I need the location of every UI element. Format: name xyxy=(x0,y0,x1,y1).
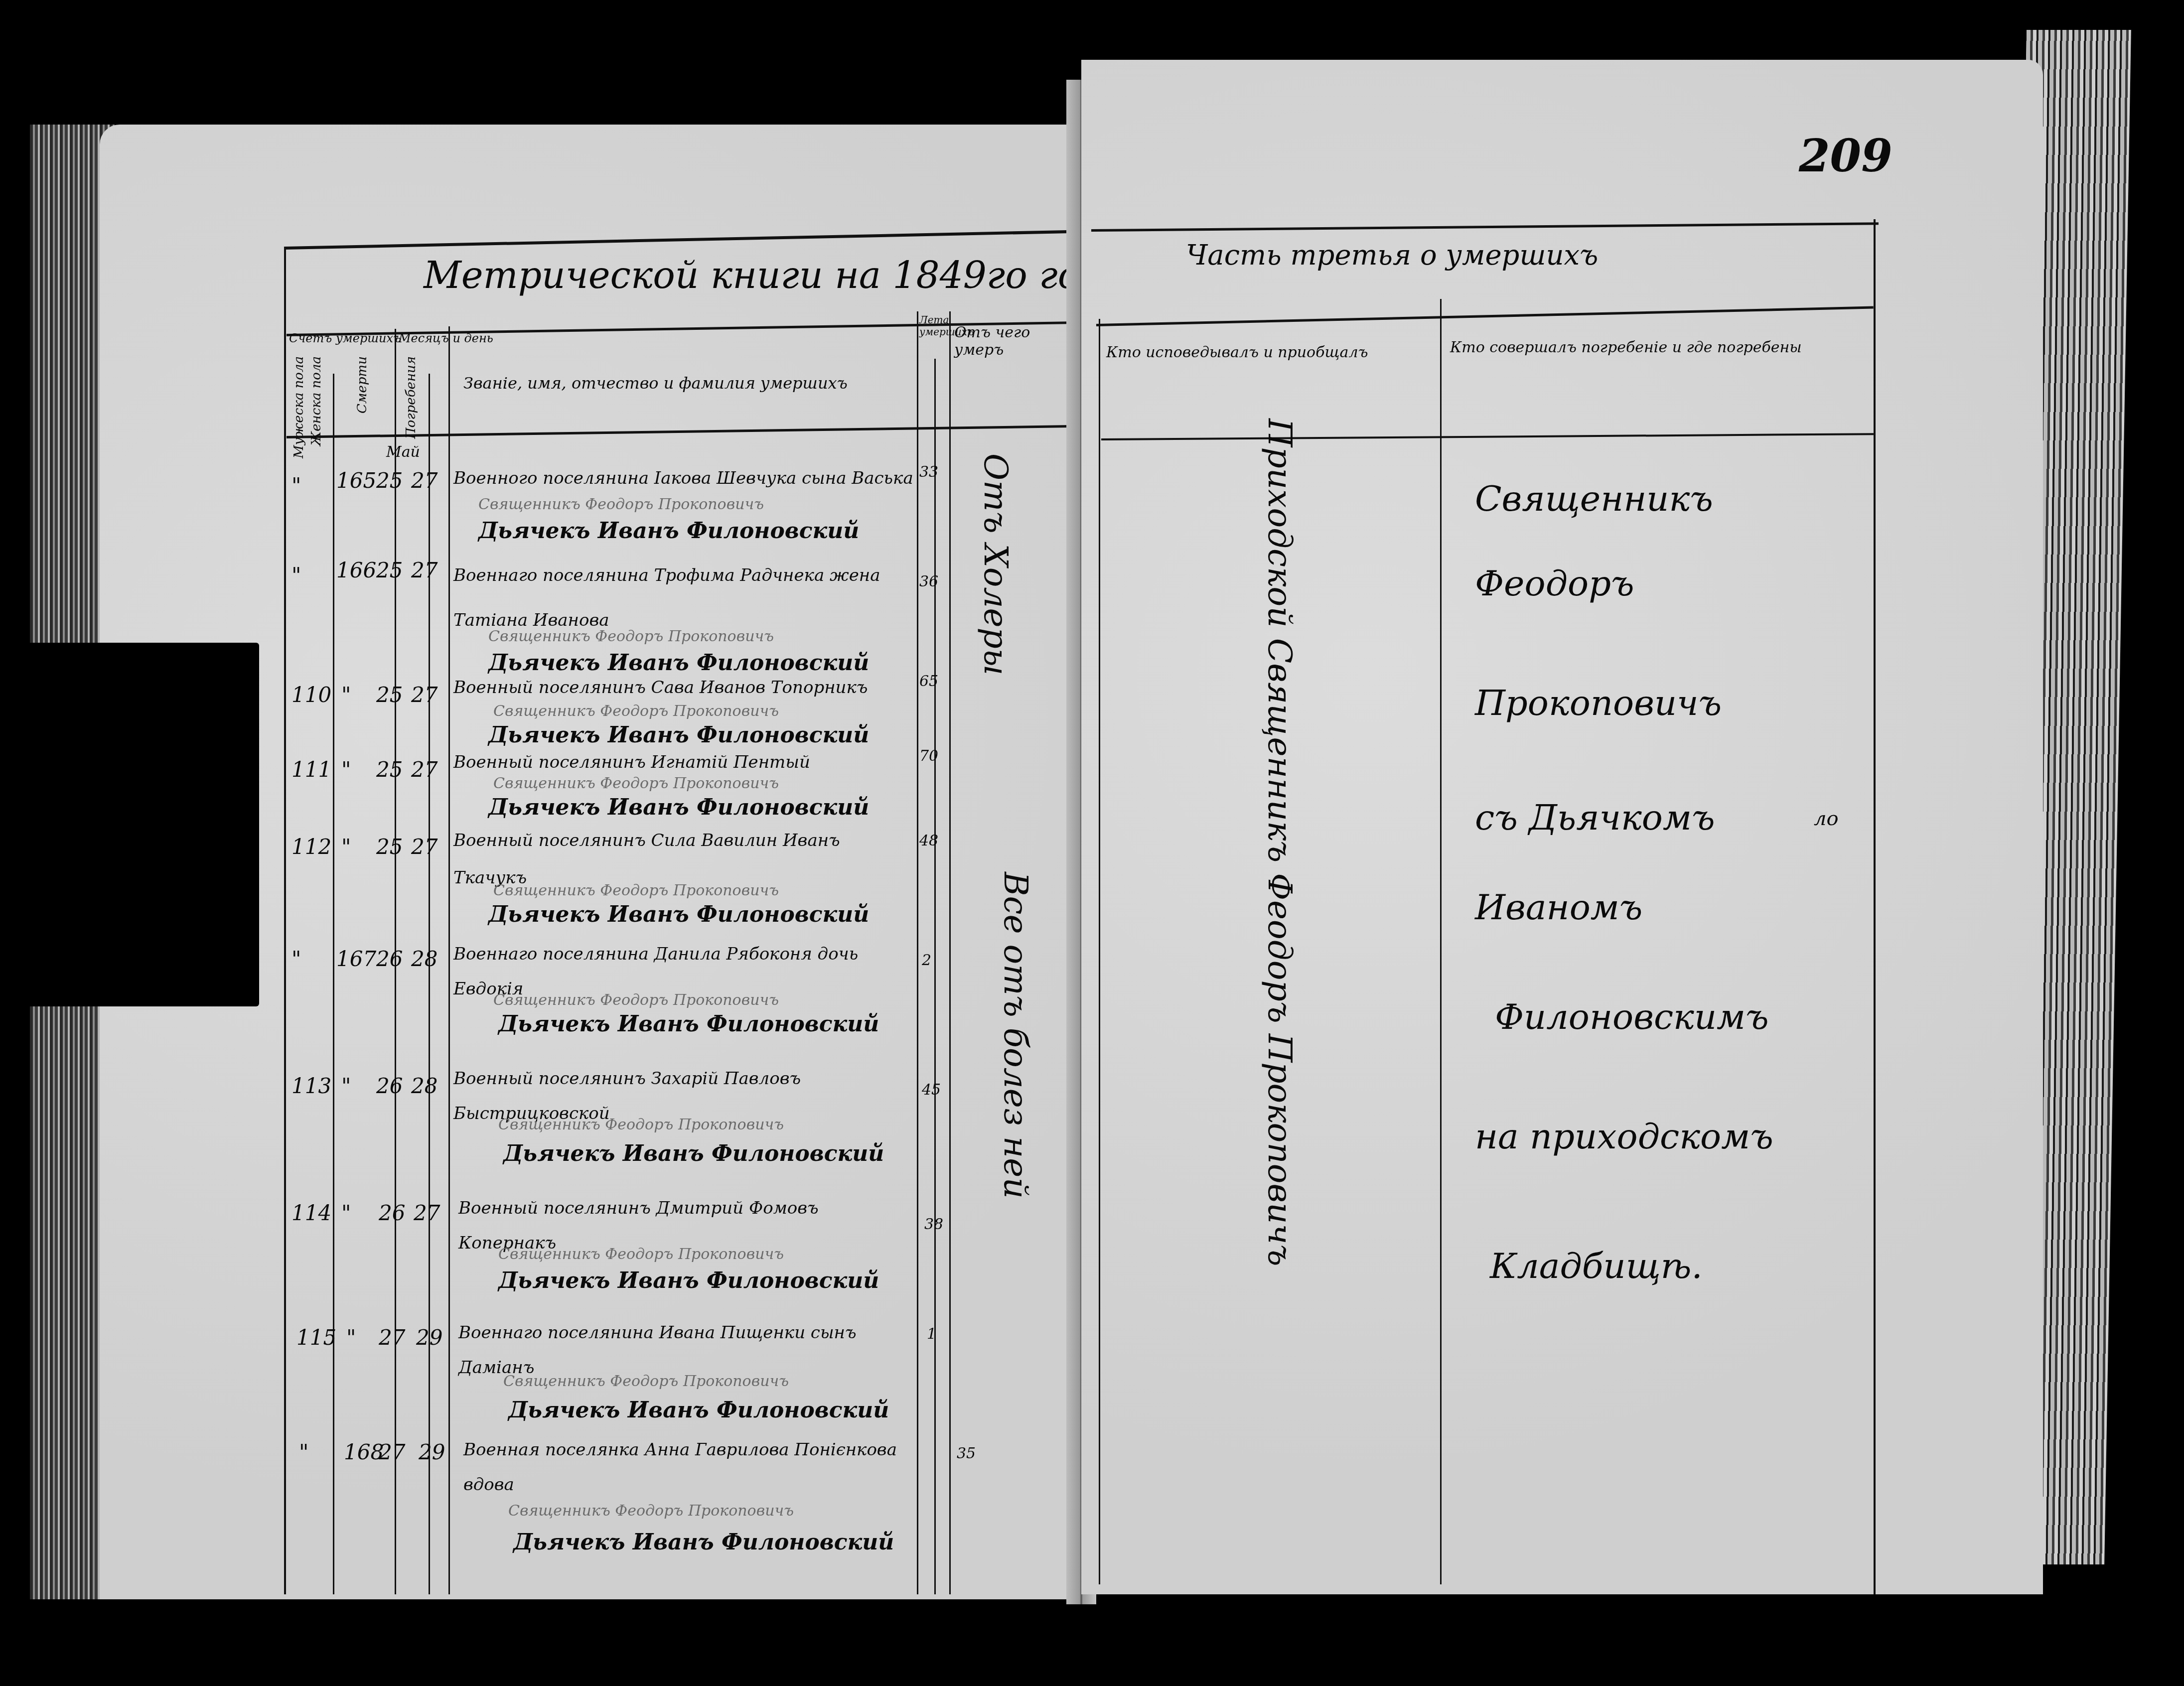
priest-signature: Священникъ Феодоръ Прокоповичъ xyxy=(488,628,774,645)
male-count: " xyxy=(291,563,301,587)
header-female: Женска пола xyxy=(309,356,324,446)
header-name: Званіе, имя, отчество и фамилия умершихъ xyxy=(463,374,848,393)
female-count: 166 xyxy=(336,558,376,582)
header-date: Месяцъ и день xyxy=(399,331,493,345)
male-count: " xyxy=(291,947,301,971)
death-day: 26 xyxy=(376,1074,403,1098)
male-count: 115 xyxy=(296,1325,336,1350)
death-day: 25 xyxy=(376,468,403,493)
cause-of-death-vertical: Отъ Холеры xyxy=(977,453,1015,675)
col-line-5 xyxy=(917,311,918,1594)
header-burial-officiant: Кто совершалъ погребеніе и где погребены xyxy=(1450,339,1802,356)
age: 33 xyxy=(919,463,938,481)
clerk-signature: Дьячекъ Иванъ Филоновский xyxy=(488,795,869,820)
priest-signature: Священникъ Феодоръ Прокоповичъ xyxy=(498,1116,784,1133)
page-number: 209 xyxy=(1799,130,1893,182)
burial-day: 27 xyxy=(411,558,437,582)
col-line-6 xyxy=(934,359,936,1594)
death-day: 25 xyxy=(376,683,403,707)
frame-top-line xyxy=(284,228,1181,250)
death-day: 26 xyxy=(379,1201,405,1225)
priest-signature: Священникъ Феодоръ Прокоповичъ xyxy=(498,1246,784,1263)
age: 2 xyxy=(922,952,931,969)
header-count: Счетъ умершихъ xyxy=(289,331,401,345)
clerk-signature: Дьячекъ Иванъ Филоновский xyxy=(478,518,859,544)
header-male: Мужеска пола xyxy=(291,356,306,458)
age: 70 xyxy=(919,747,938,765)
col-line-left xyxy=(1099,319,1100,1584)
clerk-signature: Дьячекъ Иванъ Филоновский xyxy=(513,1530,894,1555)
col-line-4 xyxy=(448,326,450,1594)
age: 65 xyxy=(919,673,938,690)
title-bottom-line xyxy=(1096,306,1874,326)
month-label: Май xyxy=(386,443,420,461)
right-page-title: Часть третья о умершихъ xyxy=(1186,239,1598,272)
burial-line: съ Дьячкомъ xyxy=(1475,797,1715,838)
header-bottom-line xyxy=(1101,433,1874,440)
burial-line: Священникъ xyxy=(1475,478,1713,519)
col-line-3 xyxy=(429,374,430,1594)
margin-mark: ло xyxy=(1814,807,1839,830)
burial-day: 28 xyxy=(411,947,437,971)
male-count: 113 xyxy=(291,1074,331,1098)
age: 1 xyxy=(927,1325,936,1343)
female-count: " xyxy=(341,1201,351,1225)
deceased-name: Военного поселянина Іакова Шевчука сына … xyxy=(453,468,913,488)
death-day: 25 xyxy=(376,558,403,582)
burial-day: 28 xyxy=(411,1074,437,1098)
age: 45 xyxy=(922,1081,941,1099)
clerk-signature: Дьячекъ Иванъ Филоновский xyxy=(488,902,869,927)
burial-day: 29 xyxy=(419,1440,445,1464)
header-burial: Погребения xyxy=(404,356,419,439)
clerk-signature: Дьячекъ Иванъ Филоновский xyxy=(498,1268,879,1293)
scan-background: Метрической книги на 1849го годъ Счетъ у… xyxy=(0,0,2184,1686)
female-count: " xyxy=(341,757,351,782)
frame-right-line xyxy=(1874,219,1876,1594)
female-count: " xyxy=(341,683,351,707)
left-page-title: Метрической книги на 1849го годъ xyxy=(424,254,1128,297)
burial-line: Филоновскимъ xyxy=(1495,996,1769,1037)
header-death: Смерти xyxy=(355,356,370,414)
burial-day: 29 xyxy=(416,1325,442,1350)
age: 35 xyxy=(957,1445,976,1462)
female-count: 165 xyxy=(336,468,376,493)
priest-signature: Священникъ Феодоръ Прокоповичъ xyxy=(478,496,764,513)
col-line-7 xyxy=(949,311,951,1594)
priest-signature: Священникъ Феодоръ Прокоповичъ xyxy=(493,991,779,1009)
frame-top-line xyxy=(1091,222,1879,232)
female-count: " xyxy=(341,835,351,859)
burial-day: 27 xyxy=(414,1201,440,1225)
burial-day: 27 xyxy=(411,835,437,859)
burial-line: на приходскомъ xyxy=(1475,1116,1773,1157)
frame-left-line xyxy=(284,249,286,1594)
female-count: 168 xyxy=(344,1440,384,1464)
clerk-signature: Дьячекъ Иванъ Филоновский xyxy=(508,1398,889,1423)
male-count: 110 xyxy=(291,683,331,707)
burial-day: 27 xyxy=(411,468,437,493)
female-count: " xyxy=(346,1325,356,1350)
header-bottom-line xyxy=(287,423,1178,438)
right-page: 209 Часть третья о умершихъ Кто исповеды… xyxy=(1081,60,2043,1594)
priest-signature: Священникъ Феодоръ Прокоповичъ xyxy=(493,702,779,720)
age: 36 xyxy=(919,573,938,590)
col-line-1 xyxy=(333,374,334,1594)
deceased-name: Военный поселянинъ Сава Иванов Топорникъ xyxy=(453,678,868,698)
male-count: 111 xyxy=(291,757,331,782)
confessor-vertical-text: Приходской Священникъ Феодоръ Прокопович… xyxy=(1261,419,1299,1266)
age: 38 xyxy=(924,1216,943,1233)
death-day: 25 xyxy=(376,757,403,782)
male-count: " xyxy=(291,473,301,498)
clerk-signature: Дьячекъ Иванъ Филоновский xyxy=(498,1011,879,1037)
male-count: 114 xyxy=(291,1201,331,1225)
male-count: " xyxy=(299,1440,308,1464)
header-cause: Отъ чего умеръ xyxy=(954,324,1074,359)
deceased-name: Военная поселянка Анна Гаврилова Понієнк… xyxy=(463,1432,912,1502)
death-day: 26 xyxy=(376,947,403,971)
male-count: 112 xyxy=(291,835,331,859)
burial-day: 27 xyxy=(411,757,437,782)
burial-line: Феодоръ xyxy=(1475,563,1634,604)
priest-signature: Священникъ Феодоръ Прокоповичъ xyxy=(508,1502,794,1520)
burial-day: 27 xyxy=(411,683,437,707)
col-line-mid xyxy=(1440,299,1442,1584)
book-clamp xyxy=(0,643,259,1006)
clerk-signature: Дьячекъ Иванъ Филоновский xyxy=(488,650,869,676)
death-day: 27 xyxy=(379,1325,405,1350)
female-count: " xyxy=(341,1074,351,1098)
header-age: Лета умершихъ xyxy=(919,314,949,338)
cause-of-death-vertical-2: Все отъ болез ней xyxy=(997,872,1035,1199)
age: 48 xyxy=(919,832,938,849)
female-count: 167 xyxy=(336,947,376,971)
priest-signature: Священникъ Феодоръ Прокоповичъ xyxy=(493,882,779,899)
burial-line: Кладбищѣ. xyxy=(1490,1246,1703,1286)
clerk-signature: Дьячекъ Иванъ Филоновский xyxy=(488,722,869,748)
deceased-name: Военный поселянинъ Игнатій Пентый xyxy=(453,752,810,772)
burial-line: Иваномъ xyxy=(1475,887,1642,928)
priest-signature: Священникъ Феодоръ Прокоповичъ xyxy=(493,775,779,792)
death-day: 25 xyxy=(376,835,403,859)
death-day: 27 xyxy=(379,1440,405,1464)
clerk-signature: Дьячекъ Иванъ Филоновский xyxy=(503,1141,884,1166)
header-confessor: Кто исповедывалъ и приобщалъ xyxy=(1106,344,1368,361)
burial-line: Прокоповичъ xyxy=(1475,683,1722,723)
priest-signature: Священникъ Феодоръ Прокоповичъ xyxy=(503,1373,789,1390)
